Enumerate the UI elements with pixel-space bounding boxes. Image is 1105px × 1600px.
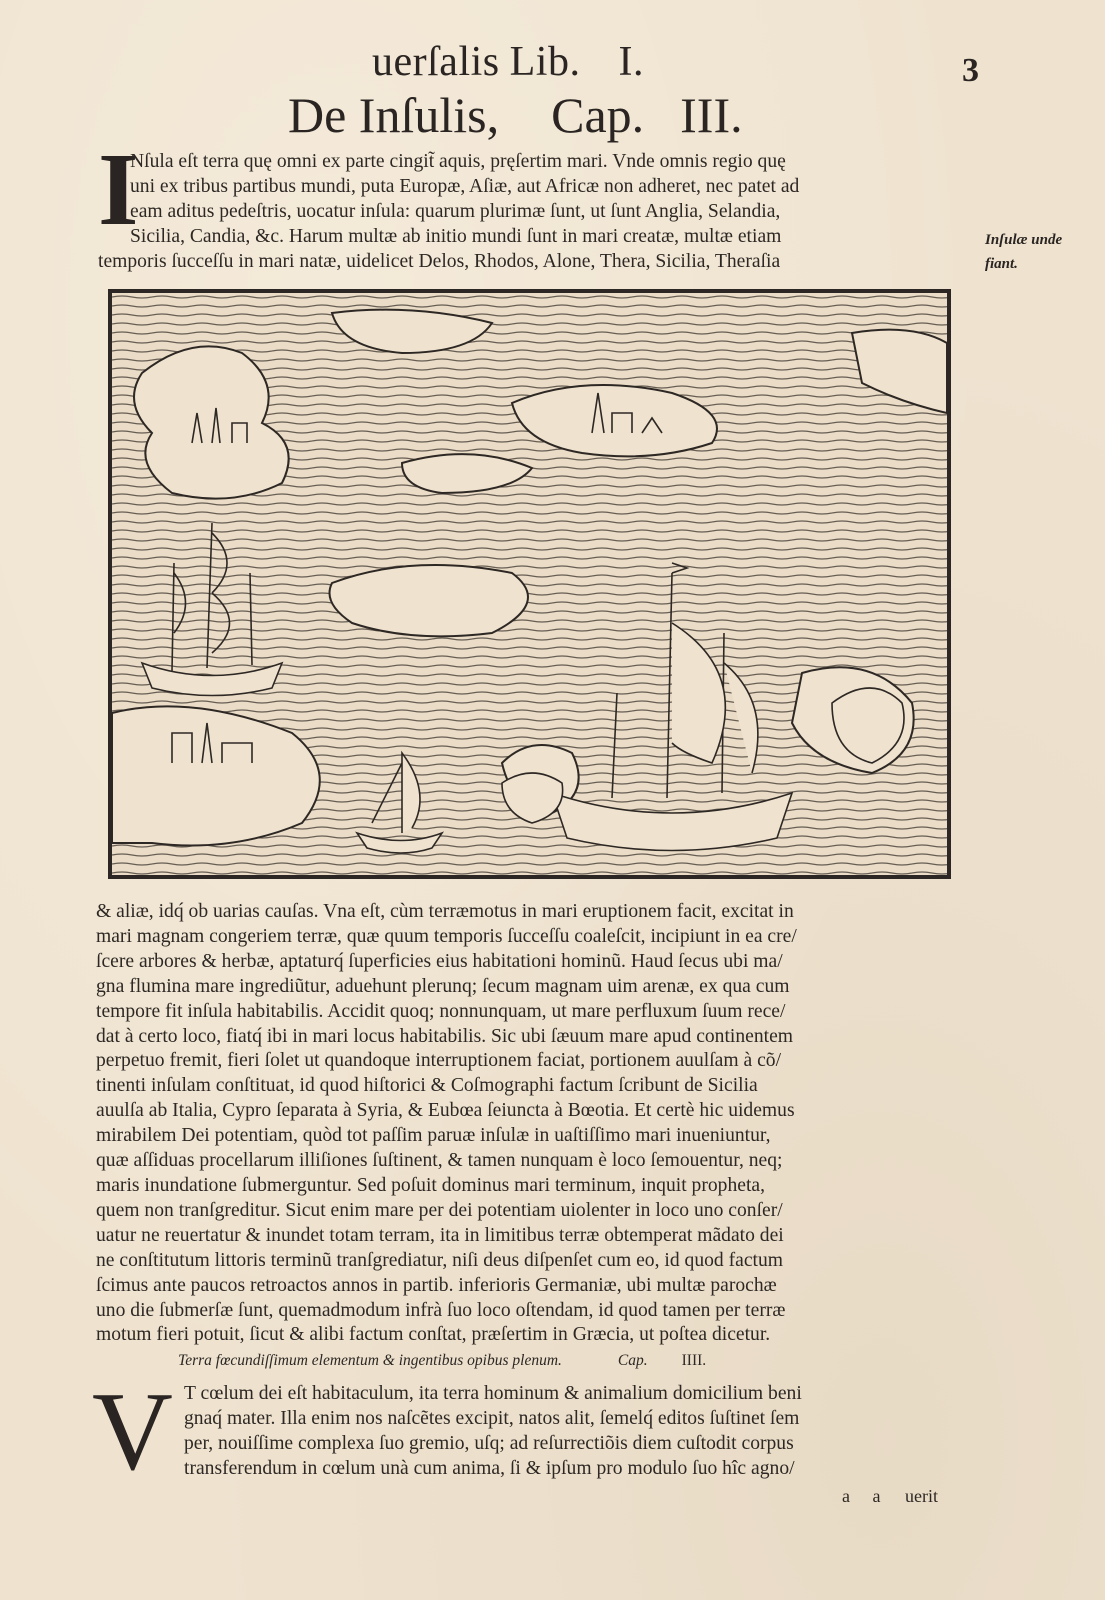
chapter-title-text: De Inſulis,: [288, 87, 499, 143]
chapter4-number: IIII.: [682, 1352, 707, 1369]
signature-mark: a a: [842, 1486, 881, 1507]
chapter4-paragraph: T cœlum dei eſt habitaculum, ita terra h…: [184, 1382, 802, 1482]
text-line: auulſa ab Italia, Cypro ſeparata à Syria…: [96, 1099, 797, 1124]
chapter-number: III.: [680, 87, 742, 143]
text-line: tinenti inſulam conſtituat, id quod hiſt…: [96, 1074, 797, 1099]
text-line: maris inundatione ſubmerguntur. Sed poſu…: [96, 1174, 797, 1199]
chapter4-label: Cap.: [618, 1352, 648, 1369]
running-head: uerſalisLib.I.: [372, 38, 644, 86]
text-line: mirabilem Dei potentiam, quòd tot paſſim…: [96, 1124, 797, 1149]
text-line: gnaq́ mater. Illa enim nos naſcẽtes exci…: [184, 1407, 802, 1432]
margin-note: Inſulæ unde fiant.: [985, 228, 1062, 276]
text-line: uno die ſubmerſæ ſunt, quemadmodum infrà…: [96, 1299, 797, 1324]
text-line: uatur ne reuertatur & inundet totam terr…: [96, 1224, 797, 1249]
text-line: transferendum in cœlum unà cum anima, ſi…: [184, 1457, 802, 1482]
text-line: mari magnam congeriem terræ, quæ quum te…: [96, 925, 797, 950]
text-line: eam aditus pedeſtris, uocatur inſula: qu…: [130, 200, 799, 225]
text-line: T cœlum dei eſt habitaculum, ita terra h…: [184, 1382, 802, 1407]
text-line: tempore fit inſula habitabilis. Accidit …: [96, 1000, 797, 1025]
text-line: gna flumina mare ingrediũtur, aduehunt p…: [96, 975, 797, 1000]
text-line: ſcere arbores & herbæ, aptaturq́ ſuperfi…: [96, 950, 797, 975]
chapter3-opening-paragraph: Nſula eſt terra quę omni ex parte cingit…: [130, 150, 799, 275]
woodcut-illustration: [108, 289, 951, 879]
text-line: perpetuo fremit, fieri ſolet ut quandoqu…: [96, 1049, 797, 1074]
chapter4-heading-text: Terra fœcundiſſimum elementum & ingentib…: [178, 1352, 562, 1369]
drop-cap-v: V: [92, 1377, 173, 1487]
signature-number: a: [873, 1486, 881, 1506]
margin-note-line: fiant.: [985, 252, 1062, 276]
chapter-title: De Inſulis,Cap.III.: [288, 86, 743, 144]
text-line: uni ex tribus partibus mundi, puta Europ…: [130, 175, 799, 200]
chapter4-heading: Terra fœcundiſſimum elementum & ingentib…: [178, 1352, 706, 1370]
folio-number: 3: [962, 52, 979, 90]
signature-letter: a: [842, 1486, 850, 1506]
margin-note-line: Inſulæ unde: [985, 228, 1062, 252]
islands-ships-woodcut-icon: [112, 293, 947, 875]
running-head-book-number: I.: [618, 39, 644, 85]
text-line: Sicilia, Candia, &c. Harum multæ ab init…: [130, 225, 799, 250]
text-line: ne conſtitutum littoris terminũ tranſgre…: [96, 1249, 797, 1274]
text-line: & aliæ, idq́ ob uarias cauſas. Vna eſt, …: [96, 900, 797, 925]
chapter-label: Cap.: [551, 87, 644, 143]
text-line: temporis ſucceſſu in mari natæ, uidelice…: [98, 250, 799, 275]
running-head-book: Lib.: [510, 39, 581, 85]
text-line: motum fieri potuit, ſicut & alibi factum…: [96, 1323, 797, 1348]
catchword: uerit: [905, 1486, 938, 1507]
running-head-word: uerſalis: [372, 39, 500, 85]
text-line: Nſula eſt terra quę omni ex parte cingit…: [130, 150, 799, 175]
text-line: per, nouiſſime complexa ſuo gremio, uſq;…: [184, 1432, 802, 1457]
chapter3-body-paragraph: & aliæ, idq́ ob uarias cauſas. Vna eſt, …: [96, 900, 797, 1348]
text-line: ſcimus ante paucos retroactos annos in p…: [96, 1274, 797, 1299]
text-line: quem non tranſgreditur. Sicut enim mare …: [96, 1199, 797, 1224]
text-line: quæ aſſiduas procellarum illiſiones ſuſt…: [96, 1149, 797, 1174]
text-line: dat à certo loco, fiatq́ ibi in mari loc…: [96, 1025, 797, 1050]
